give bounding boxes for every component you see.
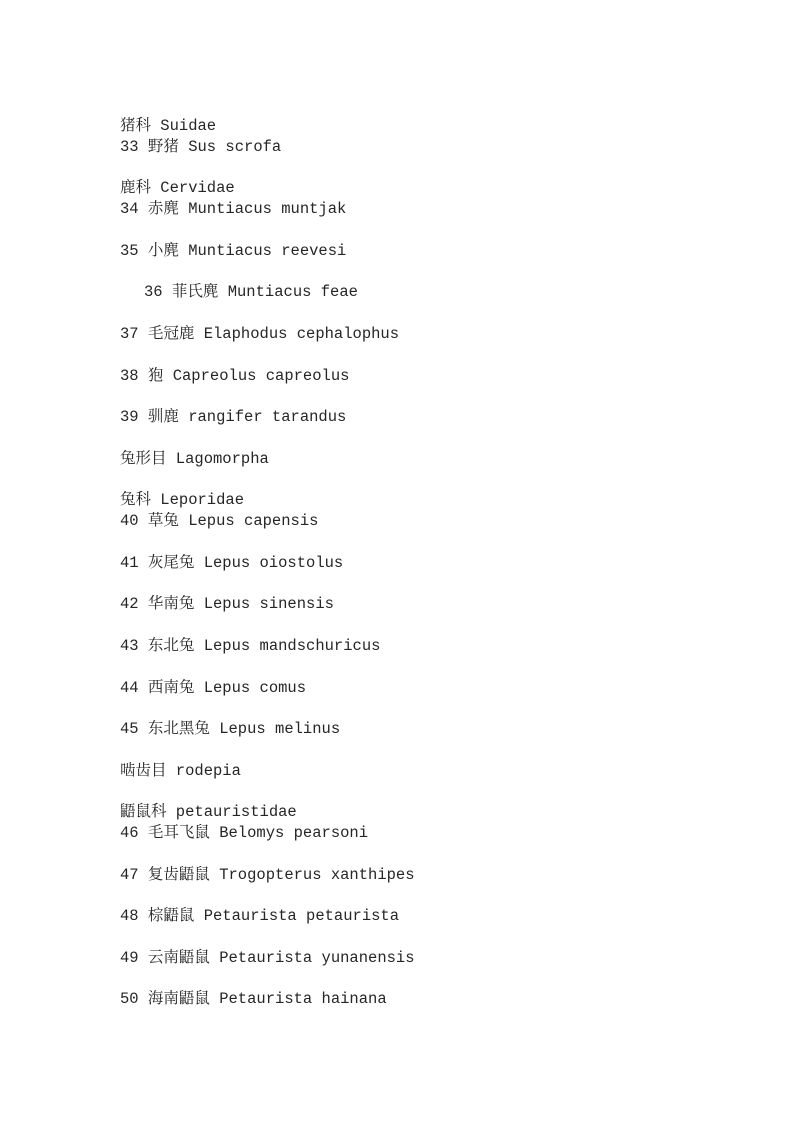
doc-line: 40 草兔 Lepus capensis bbox=[120, 511, 753, 532]
blank-line bbox=[120, 532, 753, 553]
doc-line: 兔科 Leporidae bbox=[120, 490, 753, 511]
doc-line: 42 华南兔 Lepus sinensis bbox=[120, 594, 753, 615]
doc-line: 猪科 Suidae bbox=[120, 116, 753, 137]
blank-line bbox=[120, 782, 753, 803]
doc-line: 啮齿目 rodepia bbox=[120, 761, 753, 782]
blank-line bbox=[120, 158, 753, 179]
blank-line bbox=[120, 386, 753, 407]
doc-line: 兔形目 Lagomorpha bbox=[120, 449, 753, 470]
blank-line bbox=[120, 657, 753, 678]
blank-line bbox=[120, 927, 753, 948]
blank-line bbox=[120, 428, 753, 449]
doc-line: 鹿科 Cervidae bbox=[120, 178, 753, 199]
blank-line bbox=[120, 262, 753, 283]
doc-line: 46 毛耳飞鼠 Belomys pearsoni bbox=[120, 823, 753, 844]
blank-line bbox=[120, 698, 753, 719]
blank-line bbox=[120, 220, 753, 241]
doc-line: 39 驯鹿 rangifer tarandus bbox=[120, 407, 753, 428]
doc-line: 41 灰尾兔 Lepus oiostolus bbox=[120, 553, 753, 574]
blank-line bbox=[120, 303, 753, 324]
document-text-block: 猪科 Suidae33 野猪 Sus scrofa 鹿科 Cervidae34 … bbox=[120, 116, 753, 1010]
blank-line bbox=[120, 615, 753, 636]
doc-line: 35 小麂 Muntiacus reevesi bbox=[120, 241, 753, 262]
blank-line bbox=[120, 969, 753, 990]
doc-line: 33 野猪 Sus scrofa bbox=[120, 137, 753, 158]
doc-line: 43 东北兔 Lepus mandschuricus bbox=[120, 636, 753, 657]
blank-line bbox=[120, 574, 753, 595]
blank-line bbox=[120, 844, 753, 865]
doc-line: 44 西南兔 Lepus comus bbox=[120, 678, 753, 699]
doc-line: 48 棕鼯鼠 Petaurista petaurista bbox=[120, 906, 753, 927]
doc-line: 50 海南鼯鼠 Petaurista hainana bbox=[120, 989, 753, 1010]
blank-line bbox=[120, 345, 753, 366]
doc-line: 鼯鼠科 petauristidae bbox=[120, 802, 753, 823]
blank-line bbox=[120, 885, 753, 906]
doc-line: 49 云南鼯鼠 Petaurista yunanensis bbox=[120, 948, 753, 969]
blank-line bbox=[120, 740, 753, 761]
blank-line bbox=[120, 470, 753, 491]
doc-line: 45 东北黑兔 Lepus melinus bbox=[120, 719, 753, 740]
doc-line: 47 复齿鼯鼠 Trogopterus xanthipes bbox=[120, 865, 753, 886]
doc-line: 34 赤麂 Muntiacus muntjak bbox=[120, 199, 753, 220]
doc-line: 36 菲氏麂 Muntiacus feae bbox=[120, 282, 753, 303]
doc-line: 37 毛冠鹿 Elaphodus cephalophus bbox=[120, 324, 753, 345]
doc-line: 38 狍 Capreolus capreolus bbox=[120, 366, 753, 387]
